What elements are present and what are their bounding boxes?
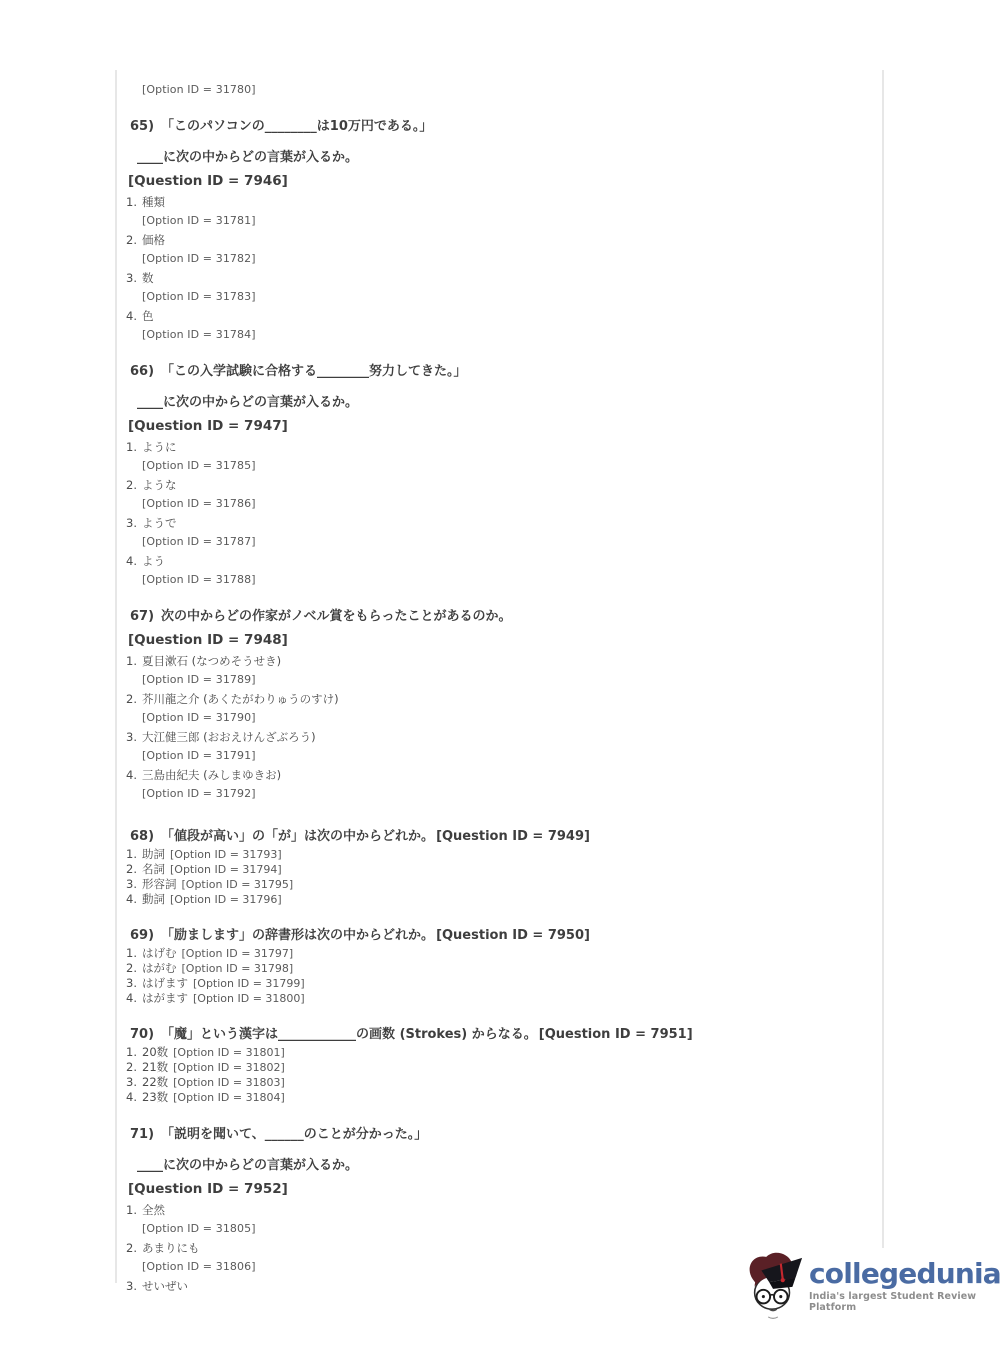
option-label: 動詞 (142, 892, 165, 906)
option-label: 種類 (142, 195, 165, 209)
option-number: 1. (126, 1045, 142, 1060)
option-number: 1. (126, 1203, 142, 1218)
option-row: 3.22数[Option ID = 31803] (117, 1075, 882, 1090)
option-label: 21数 (142, 1060, 168, 1074)
option-id: [Option ID = 31785] (117, 459, 882, 473)
question-line1: 「このパソコンの________は10万円である。」 (161, 119, 432, 134)
question-id: [Question ID = 7951] (539, 1027, 693, 1042)
collegedunia-logo: collegedunia .com India's largest Studen… (743, 1248, 993, 1320)
question-number: 68) (130, 829, 154, 844)
collegedunia-mascot-icon (743, 1248, 805, 1320)
question-line2: ____に次の中からどの言葉が入るか。 (117, 1157, 882, 1174)
question-number: 71) (130, 1127, 154, 1142)
option-number: 2. (126, 1060, 142, 1075)
option-label: 助詞 (142, 847, 165, 861)
question-70: 70)「魔」という漢字は____________の画数 (Strokes) から… (117, 1026, 882, 1105)
question-id: [Question ID = 7948] (117, 632, 882, 649)
logo-text-column: collegedunia .com India's largest Studen… (809, 1248, 1001, 1313)
option-id: [Option ID = 31788] (117, 573, 882, 587)
option-label: はがます (142, 991, 188, 1005)
question-number: 70) (130, 1027, 154, 1042)
option-row: 2.芥川龍之介 (あくたがわりゅうのすけ) (117, 692, 882, 707)
logo-wordmark: collegedunia (809, 1260, 1001, 1288)
option-id: [Option ID = 31793] (170, 848, 282, 861)
option-row: 4.23数[Option ID = 31804] (117, 1090, 882, 1105)
question-line1: 「魔」という漢字は____________の画数 (Strokes) からなる。 (161, 1027, 537, 1042)
option-id: [Option ID = 31804] (173, 1091, 285, 1104)
question-line1: 「励まします」の辞書形は次の中からどれか。 (161, 928, 434, 943)
option-row: 2.21数[Option ID = 31802] (117, 1060, 882, 1075)
option-row: 4.はがます[Option ID = 31800] (117, 991, 882, 1006)
option-row: 3.形容詞[Option ID = 31795] (117, 877, 882, 892)
option-row: 3.数 (117, 271, 882, 286)
option-id: [Option ID = 31796] (170, 893, 282, 906)
question-66: 66)「この入学試験に合格する________努力してきた。」 ____に次の中… (117, 363, 882, 587)
option-number: 4. (126, 1090, 142, 1105)
question-number: 65) (130, 119, 154, 134)
option-row: 4.よう (117, 554, 882, 569)
option-row: 3.はげます[Option ID = 31799] (117, 976, 882, 991)
option-id: [Option ID = 31801] (173, 1046, 285, 1059)
question-text: 65)「このパソコンの________は10万円である。」 (117, 118, 882, 135)
option-row: 1.全然 (117, 1203, 882, 1218)
option-label: 色 (142, 309, 154, 323)
question-id: [Question ID = 7946] (117, 173, 882, 190)
question-67: 67)次の中からどの作家がノベル賞をもらったことがあるのか。 [Question… (117, 608, 882, 801)
option-number: 3. (126, 877, 142, 892)
option-number: 1. (126, 847, 142, 862)
option-row: 1.夏目漱石 (なつめそうせき) (117, 654, 882, 669)
option-label: 22数 (142, 1075, 168, 1089)
question-id: [Question ID = 7947] (117, 418, 882, 435)
option-row: 4.動詞[Option ID = 31796] (117, 892, 882, 907)
option-number: 2. (126, 233, 142, 248)
option-label: はげます (142, 976, 188, 990)
option-id: [Option ID = 31783] (117, 290, 882, 304)
option-row: 2.名詞[Option ID = 31794] (117, 862, 882, 877)
option-label: ような (142, 478, 177, 492)
question-number: 67) (130, 609, 154, 624)
option-label: ようで (142, 516, 177, 530)
option-number: 3. (126, 1279, 142, 1294)
option-id: [Option ID = 31787] (117, 535, 882, 549)
option-id: [Option ID = 31790] (117, 711, 882, 725)
option-label: 芥川龍之介 (あくたがわりゅうのすけ) (142, 692, 339, 706)
question-id: [Question ID = 7949] (436, 829, 590, 844)
option-number: 2. (126, 478, 142, 493)
option-id: [Option ID = 31795] (182, 878, 294, 891)
option-id: [Option ID = 31789] (117, 673, 882, 687)
option-number: 1. (126, 654, 142, 669)
question-65: 65)「このパソコンの________は10万円である。」 ____に次の中から… (117, 118, 882, 342)
option-row: 4.三島由紀夫 (みしまゆきお) (117, 768, 882, 783)
option-id: [Option ID = 31794] (170, 863, 282, 876)
option-number: 3. (126, 730, 142, 745)
option-row: 1.助詞[Option ID = 31793] (117, 847, 882, 862)
option-label: 形容詞 (142, 877, 177, 891)
option-number: 1. (126, 946, 142, 961)
question-text: 66)「この入学試験に合格する________努力してきた。」 (117, 363, 882, 380)
question-line2: ____に次の中からどの言葉が入るか。 (117, 394, 882, 411)
option-id: [Option ID = 31802] (173, 1061, 285, 1074)
option-number: 3. (126, 271, 142, 286)
question-number: 66) (130, 364, 154, 379)
option-number: 2. (126, 862, 142, 877)
option-id: [Option ID = 31799] (193, 977, 305, 990)
option-label: 大江健三郎 (おおえけんざぶろう) (142, 730, 316, 744)
option-number: 2. (126, 961, 142, 976)
option-row: 1.種類 (117, 195, 882, 210)
question-text: 67)次の中からどの作家がノベル賞をもらったことがあるのか。 (117, 608, 882, 625)
question-69: 69)「励まします」の辞書形は次の中からどれか。[Question ID = 7… (117, 927, 882, 1006)
option-label: 20数 (142, 1045, 168, 1059)
option-id: [Option ID = 31805] (117, 1222, 882, 1236)
option-number: 4. (126, 309, 142, 324)
question-68: 68)「値段が高い」の「が」は次の中からどれか。[Question ID = 7… (117, 828, 882, 907)
question-number: 69) (130, 928, 154, 943)
option-id: [Option ID = 31781] (117, 214, 882, 228)
question-text: 70)「魔」という漢字は____________の画数 (Strokes) から… (117, 1026, 882, 1043)
option-id: [Option ID = 31797] (182, 947, 294, 960)
question-id: [Question ID = 7950] (436, 928, 590, 943)
option-row: 2.価格 (117, 233, 882, 248)
question-text: 68)「値段が高い」の「が」は次の中からどれか。[Question ID = 7… (117, 828, 882, 845)
option-number: 1. (126, 195, 142, 210)
option-row: 1.20数[Option ID = 31801] (117, 1045, 882, 1060)
option-label: はがむ (142, 961, 177, 975)
option-id: [Option ID = 31786] (117, 497, 882, 511)
logo-tagline: India's largest Student Review Platform (809, 1291, 1001, 1313)
option-number: 2. (126, 692, 142, 707)
option-number: 1. (126, 440, 142, 455)
option-row: 2.ような (117, 478, 882, 493)
option-id: [Option ID = 31782] (117, 252, 882, 266)
option-label: 名詞 (142, 862, 165, 876)
option-label: はげむ (142, 946, 177, 960)
option-row: 1.ように (117, 440, 882, 455)
stray-option-id: [Option ID = 31780] (117, 83, 882, 97)
option-id: [Option ID = 31803] (173, 1076, 285, 1089)
option-row: 3.大江健三郎 (おおえけんざぶろう) (117, 730, 882, 745)
option-label: 三島由紀夫 (みしまゆきお) (142, 768, 281, 782)
option-number: 4. (126, 768, 142, 783)
option-label: 数 (142, 271, 154, 285)
option-row: 3.ようで (117, 516, 882, 531)
option-id: [Option ID = 31798] (182, 962, 294, 975)
option-label: 全然 (142, 1203, 165, 1217)
question-line2: ____に次の中からどの言葉が入るか。 (117, 149, 882, 166)
option-number: 3. (126, 1075, 142, 1090)
question-text: 69)「励まします」の辞書形は次の中からどれか。[Question ID = 7… (117, 927, 882, 944)
option-number: 3. (126, 976, 142, 991)
document-page: [Option ID = 31780] 65)「このパソコンの________は… (115, 70, 884, 1283)
option-number: 4. (126, 892, 142, 907)
question-line1: 「値段が高い」の「が」は次の中からどれか。 (161, 829, 434, 844)
option-row: 4.色 (117, 309, 882, 324)
option-number: 4. (126, 991, 142, 1006)
option-label: せいぜい (142, 1279, 188, 1293)
question-line1: 「この入学試験に合格する________努力してきた。」 (161, 364, 467, 379)
question-line1: 次の中からどの作家がノベル賞をもらったことがあるのか。 (161, 609, 511, 624)
option-label: ように (142, 440, 177, 454)
option-number: 2. (126, 1241, 142, 1256)
option-id: [Option ID = 31791] (117, 749, 882, 763)
option-id: [Option ID = 31792] (117, 787, 882, 801)
question-id: [Question ID = 7952] (117, 1181, 882, 1198)
question-text: 71)「説明を聞いて、______のことが分かった。」 (117, 1126, 882, 1143)
option-label: 価格 (142, 233, 165, 247)
option-row: 1.はげむ[Option ID = 31797] (117, 946, 882, 961)
option-label: 夏目漱石 (なつめそうせき) (142, 654, 281, 668)
option-label: よう (142, 554, 165, 568)
option-label: 23数 (142, 1090, 168, 1104)
option-id: [Option ID = 31784] (117, 328, 882, 342)
question-line1: 「説明を聞いて、______のことが分かった。」 (161, 1127, 427, 1142)
option-number: 4. (126, 554, 142, 569)
option-row: 2.はがむ[Option ID = 31798] (117, 961, 882, 976)
option-id: [Option ID = 31800] (193, 992, 305, 1005)
option-label: あまりにも (142, 1241, 200, 1255)
option-number: 3. (126, 516, 142, 531)
